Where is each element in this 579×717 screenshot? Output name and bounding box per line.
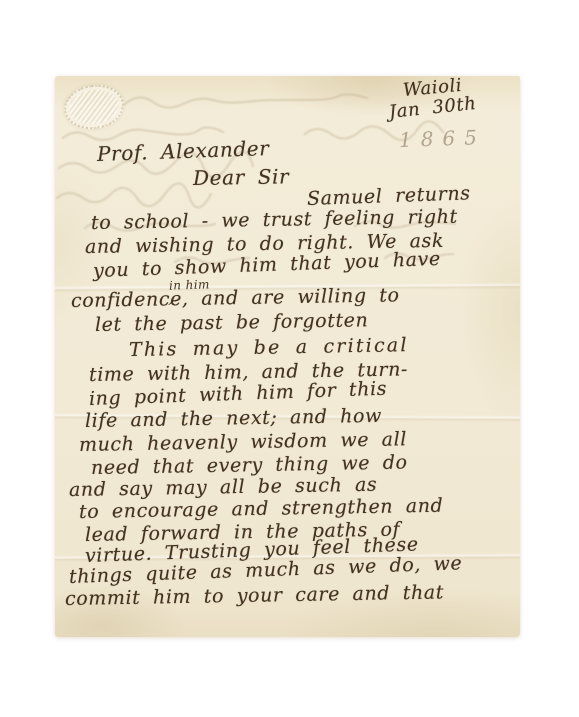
salutation: Dear Sir [193,164,290,190]
recipient-line: Prof. Alexander [97,136,270,166]
pencil-year: 1865 [399,125,487,152]
paper: Waioli Jan 30th 1865 Prof. Alexander Dea… [55,76,520,637]
letter-line: This may be a critical [129,334,409,361]
letter-line: confidence, and are willing to [71,284,400,312]
embossed-seal [61,81,127,133]
letter-line: life and the next; and how [85,405,382,432]
letter-line: let the past be forgotten [95,309,369,336]
heading-date: Jan 30th [388,93,478,123]
letter-scan: Waioli Jan 30th 1865 Prof. Alexander Dea… [0,0,579,717]
